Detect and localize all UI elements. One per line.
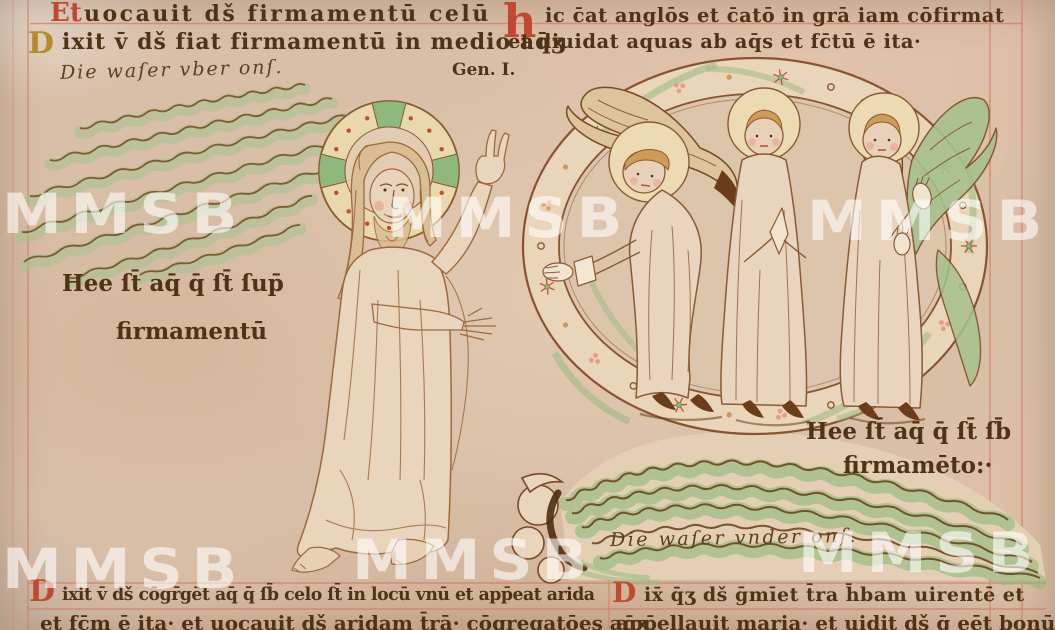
halo-dot bbox=[427, 129, 431, 133]
manuscript-page: Et uocauit dš firmamentū celū D ixit v̄ … bbox=[0, 0, 1055, 630]
halo-dot bbox=[365, 222, 369, 226]
rubric-top-right-line2: et diuidat aquas ab aq̄s et fc̄tū ē ita· bbox=[508, 30, 921, 53]
rubric-top-left-line1: uocauit dš firmamentū celū bbox=[84, 1, 491, 27]
watermark-mmsb: MMSB bbox=[352, 533, 596, 588]
rubric-bottom-right-line1: ix̄ q̄ʒ dš ḡmīet t̄ra h̄bam uirentē et bbox=[644, 584, 1025, 606]
halo-dot bbox=[365, 116, 369, 120]
rubric-top-right-line1: ic c̄at anglōs et c̄atō in grā iam cōfir… bbox=[545, 4, 1004, 27]
christ-figure bbox=[292, 101, 509, 572]
initial-d-gold: D bbox=[28, 26, 54, 61]
caption-waters-below-line2: firmamēto:· bbox=[843, 452, 993, 479]
initial-et: Et bbox=[50, 0, 82, 28]
halo-dot bbox=[347, 129, 351, 133]
halo-dot bbox=[409, 116, 413, 120]
watermark-mmsb: MMSB bbox=[798, 526, 1042, 581]
caption-waters-above-line2: firmamentū bbox=[116, 318, 267, 345]
watermark-mmsb: MMSB bbox=[807, 194, 1051, 249]
rubric-bottom-left-line2: et fc̄m ē ita· et uocauit dš aridam t̄rā… bbox=[40, 611, 648, 630]
halo-dot bbox=[334, 147, 338, 151]
rubric-bottom-right-line2: app̄ellauit maria· et uidit dš q̄ eēt bo… bbox=[616, 611, 1055, 630]
chapter-reference: Gen. I. bbox=[452, 60, 515, 80]
caption-waters-below-line1: Hee ſt̄ aq̄ q̄ ſt̄ ſb̄ bbox=[806, 418, 1011, 445]
watermark-mmsb: MMSB bbox=[2, 187, 246, 242]
halo-dot bbox=[334, 191, 338, 195]
watermark-mmsb: MMSB bbox=[2, 542, 246, 597]
watermark-mmsb: MMSB bbox=[387, 191, 631, 246]
halo-dot bbox=[440, 147, 444, 151]
initial-d-bottom-right: D bbox=[612, 576, 636, 609]
caption-waters-above-line1: Hee ſt̄ aq̄ q̄ ſt̄ ſup̄ bbox=[62, 270, 284, 297]
rubric-top-left-line2: ixit v̄ dš fiat firmamentū in medio aq̄ʒ bbox=[62, 29, 565, 55]
halo-dot bbox=[347, 209, 351, 213]
